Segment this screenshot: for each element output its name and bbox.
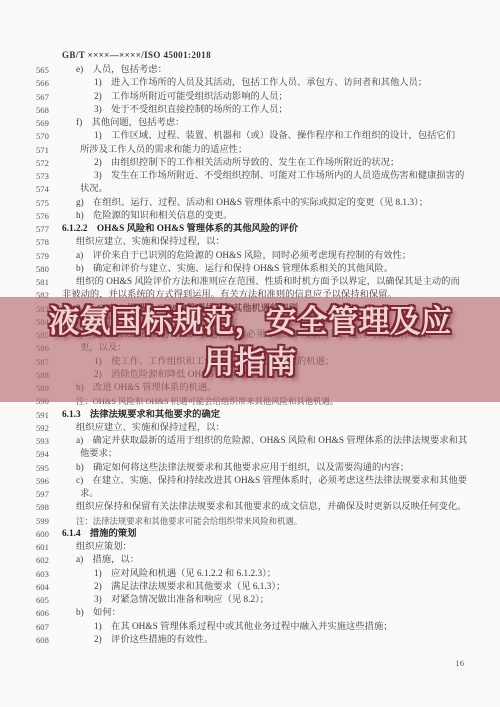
document-line: 593a) 确定并获取最新的适用于组织的危险源、OH&S 风险和 OH&S 管理…	[36, 435, 490, 448]
document-line: 596c) 在建立、实施、保持和持续改进其 OH&S 管理体系时，必须考虑这些法…	[36, 475, 490, 488]
line-text: 3) 处于不受组织直接控制的场所的工作人员；	[62, 104, 490, 117]
line-number: 596	[36, 475, 62, 488]
document-line: 581组织的 OH&S 风险评价方法和准则应在范围、性质和时机方面予以界定，以确…	[36, 276, 490, 289]
document-line: 579a) 评价来自于已识别的危险源的 OH&S 风险，同时必须考虑现有控制的有…	[36, 250, 490, 263]
document-line: 594他要求；	[36, 448, 490, 461]
document-line: 5701) 工作区域、过程、装置、机器和（或）设备、操作程序和工作组织的设计，包…	[36, 130, 490, 143]
line-number: 594	[36, 448, 62, 461]
line-number: 573	[36, 170, 62, 183]
line-text: a) 确定并获取最新的适用于组织的危险源、OH&S 风险和 OH&S 管理体系的…	[62, 435, 490, 448]
line-text: 组织应策划：	[62, 541, 490, 554]
line-number: 606	[36, 607, 62, 620]
line-number: 591	[36, 409, 62, 422]
line-text: 组织应建立、实施和保持过程，以：	[62, 422, 490, 435]
line-text: 求。	[62, 488, 490, 501]
line-text: 2) 工作场所附近可能受组织活动影响的人员；	[62, 91, 490, 104]
document-line: 5661) 进入工作场所的人员及其活动，包括工作人员、承包方、访问者和其他人员；	[36, 77, 490, 90]
line-text: 2) 由组织控制下的工作相关活动所导致的、发生在工作场所附近的状况；	[62, 157, 490, 170]
line-number: 577	[36, 223, 62, 236]
line-number: 581	[36, 276, 62, 289]
document-line: 569f) 其他问题，包括考虑：	[36, 117, 490, 130]
document-line: 6031) 应对风险和机遇（见 6.1.2.2 和 6.1.2.3）；	[36, 568, 490, 581]
line-text: 所涉及工作人员的需求和能力的适应性；	[62, 144, 490, 157]
line-text: f) 其他问题，包括考虑：	[62, 117, 490, 130]
line-number: 579	[36, 250, 62, 263]
document-line: 5733) 发生在工作场所附近、不受组织控制、可能对工作场所内的人员造成伤害和健…	[36, 170, 490, 183]
line-number: 571	[36, 144, 62, 157]
line-text: 1) 应对风险和机遇（见 6.1.2.2 和 6.1.2.3）；	[62, 568, 490, 581]
document-line: 565e) 人员，包括考虑：	[36, 64, 490, 77]
line-text: 注：法律法规要求和其他要求可能会给组织带来风险和机遇。	[62, 515, 490, 528]
line-text: b) 确定如何将这些法律法规要求和其他要求应用于组织，以及需要沟通的内容；	[62, 462, 490, 475]
document-line: 5722) 由组织控制下的工作相关活动所导致的、发生在工作场所附近的状况；	[36, 157, 490, 170]
line-number: 572	[36, 157, 62, 170]
line-number: 595	[36, 462, 62, 475]
line-number: 602	[36, 554, 62, 567]
document-line: 599注：法律法规要求和其他要求可能会给组织带来风险和机遇。	[36, 515, 490, 528]
document-page: GB/T ××××—××××/ISO 45001:2018 565e) 人员，包…	[0, 0, 500, 707]
page-number: 16	[455, 658, 464, 668]
line-number: 608	[36, 634, 62, 647]
document-line: 601组织应策划：	[36, 541, 490, 554]
document-line: 598组织应保持和保留有关法律法规要求和其他要求的成文信息，并确保及时更新以反映…	[36, 501, 490, 514]
document-line: 575g) 在组织、运行、过程、活动和 OH&S 管理体系中的实际或拟定的变更（…	[36, 197, 490, 210]
document-line: 6053) 对紧急情况做出准备和响应（见 8.2）；	[36, 594, 490, 607]
line-number: 599	[36, 515, 62, 528]
watermark-title-text: 液氨国标规范，安全管理及应用指南	[45, 301, 455, 383]
line-text: b) 确定和评价与建立、实施、运行和保持 OH&S 管理体系相关的其他风险。	[62, 263, 490, 276]
line-text: 状况。	[62, 183, 490, 196]
line-number: 576	[36, 210, 62, 223]
document-line: 6042) 满足法律法规要求和其他要求（见 6.1.3）；	[36, 581, 490, 594]
line-text: 组织应保持和保留有关法律法规要求和其他要求的成文信息，并确保及时更新以反映任何变…	[62, 501, 490, 514]
document-line: 576h) 危险源的知识和相关信息的变更。	[36, 210, 490, 223]
line-number: 592	[36, 422, 62, 435]
line-number: 604	[36, 581, 62, 594]
document-line: 6006.1.4 措施的策划	[36, 528, 490, 541]
document-line: 602a) 措施，以：	[36, 554, 490, 567]
line-number: 603	[36, 568, 62, 581]
line-number: 566	[36, 77, 62, 90]
line-number: 600	[36, 528, 62, 541]
document-line: 606b) 如何：	[36, 607, 490, 620]
line-text: 3) 对紧急情况做出准备和响应（见 8.2）；	[62, 594, 490, 607]
document-line: 6071) 在其 OH&S 管理体系过程中或其他业务过程中融入并实施这些措施；	[36, 621, 490, 634]
line-text: 6.1.4 措施的策划	[62, 528, 490, 541]
line-text: 2) 满足法律法规要求和其他要求（见 6.1.3）；	[62, 581, 490, 594]
line-text: c) 在建立、实施、保持和持续改进其 OH&S 管理体系时，必须考虑这些法律法规…	[62, 475, 490, 488]
line-text: 他要求；	[62, 448, 490, 461]
document-line: 6082) 评价这些措施的有效性。	[36, 634, 490, 647]
document-line: 5776.1.2.2 OH&S 风险和 OH&S 管理体系的其他风险的评价	[36, 223, 490, 236]
document-line: 597求。	[36, 488, 490, 501]
document-line: 571所涉及工作人员的需求和能力的适应性；	[36, 144, 490, 157]
line-text: 组织的 OH&S 风险评价方法和准则应在范围、性质和时机方面予以界定，以确保其是…	[62, 276, 490, 289]
document-line: 5916.1.3 法律法规要求和其他要求的确定	[36, 409, 490, 422]
document-line: 580b) 确定和评价与建立、实施、运行和保持 OH&S 管理体系相关的其他风险…	[36, 263, 490, 276]
line-text: h) 危险源的知识和相关信息的变更。	[62, 210, 490, 223]
line-number: 567	[36, 91, 62, 104]
line-number: 565	[36, 64, 62, 77]
line-number: 605	[36, 594, 62, 607]
line-number: 598	[36, 501, 62, 514]
line-number: 607	[36, 621, 62, 634]
document-line: 574状况。	[36, 183, 490, 196]
line-text: 2) 评价这些措施的有效性。	[62, 634, 490, 647]
watermark-title: 液氨国标规范，安全管理及应用指南	[0, 301, 500, 383]
line-text: a) 评价来自于已识别的危险源的 OH&S 风险，同时必须考虑现有控制的有效性；	[62, 250, 490, 263]
line-number: 570	[36, 130, 62, 143]
line-text: 组织应建立、实施和保持过程，以：	[62, 236, 490, 249]
line-number: 574	[36, 183, 62, 196]
line-text: e) 人员，包括考虑：	[62, 64, 490, 77]
document-line: 5672) 工作场所附近可能受组织活动影响的人员；	[36, 91, 490, 104]
line-text: g) 在组织、运行、过程、活动和 OH&S 管理体系中的实际或拟定的变更（见 8…	[62, 197, 490, 210]
line-text: b) 如何：	[62, 607, 490, 620]
document-line: 578组织应建立、实施和保持过程，以：	[36, 236, 490, 249]
line-number: 580	[36, 263, 62, 276]
line-number: 601	[36, 541, 62, 554]
line-text: 1) 工作区域、过程、装置、机器和（或）设备、操作程序和工作组织的设计，包括它们	[62, 130, 490, 143]
standard-header: GB/T ××××—××××/ISO 45001:2018	[62, 50, 211, 60]
line-number: 575	[36, 197, 62, 210]
line-text: 1) 进入工作场所的人员及其活动，包括工作人员、承包方、访问者和其他人员；	[62, 77, 490, 90]
line-number: 568	[36, 104, 62, 117]
document-line: 595b) 确定如何将这些法律法规要求和其他要求应用于组织，以及需要沟通的内容；	[36, 462, 490, 475]
line-number: 597	[36, 488, 62, 501]
line-text: 6.1.2.2 OH&S 风险和 OH&S 管理体系的其他风险的评价	[62, 223, 490, 236]
line-text: a) 措施，以：	[62, 554, 490, 567]
line-text: 3) 发生在工作场所附近、不受组织控制、可能对工作场所内的人员造成伤害和健康损害…	[62, 170, 490, 183]
line-number: 569	[36, 117, 62, 130]
line-number: 578	[36, 236, 62, 249]
document-line: 592组织应建立、实施和保持过程，以：	[36, 422, 490, 435]
line-text: 6.1.3 法律法规要求和其他要求的确定	[62, 409, 490, 422]
document-line: 5683) 处于不受组织直接控制的场所的工作人员；	[36, 104, 490, 117]
line-number: 593	[36, 435, 62, 448]
line-text: 1) 在其 OH&S 管理体系过程中或其他业务过程中融入并实施这些措施；	[62, 621, 490, 634]
